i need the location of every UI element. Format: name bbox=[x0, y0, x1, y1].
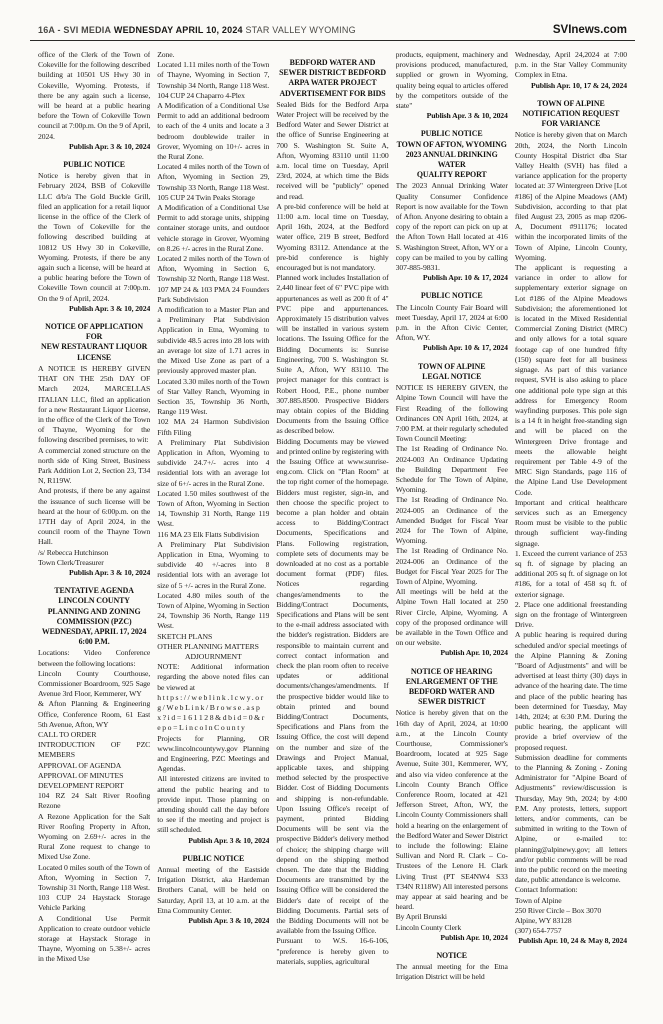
notice-heading: TOWN OF ALPINE NOTIFICATION REQUEST FOR … bbox=[515, 99, 627, 130]
notice-paragraph: And protests, if there be any against th… bbox=[38, 486, 150, 547]
notice-paragraph: A NOTICE IS HEREBY GIVEN THAT ON THE 25t… bbox=[38, 364, 150, 446]
notice-heading: TOWN OF ALPINE LEGAL NOTICE bbox=[396, 362, 508, 382]
notice-paragraph: Wednesday, April 24,2024 at 7:00 p.m. in… bbox=[515, 50, 627, 81]
notice-paragraph: The 2023 Annual Drinking Water Quality C… bbox=[396, 181, 508, 273]
notice-paragraph: 104 RZ 24 Salt River Roofing Rezone bbox=[38, 791, 150, 811]
notice-paragraph: The 1st Reading of Ordinance No. 2024-00… bbox=[396, 444, 508, 495]
notice-heading: PUBLIC NOTICE TOWN OF AFTON, WYOMING 202… bbox=[396, 129, 508, 180]
notice-paragraph: Projects for Planning, OR www.lincolncou… bbox=[157, 734, 269, 775]
column-1: office of the Clerk of the Town of Cokev… bbox=[38, 50, 150, 1018]
notice-heading: NOTICE OF HEARING ENLARGEMENT OF THE BED… bbox=[396, 667, 508, 708]
notice-paragraph: 104 CUP 24 Chaparro 4-Plex bbox=[157, 91, 269, 101]
notice-paragraph: APPROVAL OF AGENDA bbox=[38, 761, 150, 771]
notice-paragraph: Town of Alpine bbox=[515, 896, 627, 906]
notice-paragraph: Lincoln County Courthouse, Commissioner … bbox=[38, 669, 150, 700]
notice-paragraph: 105 CUP 24 Twin Peaks Storage bbox=[157, 193, 269, 203]
notice-paragraph: Important and critical healthcare servic… bbox=[515, 498, 627, 549]
publish-line: Publish Apr. 3 & 10, 2024 bbox=[157, 836, 269, 846]
notice-paragraph: 250 River Circle – Box 3070 bbox=[515, 906, 627, 916]
page-number-label: 16A - SVI MEDIA bbox=[38, 25, 111, 35]
notice-heading: PUBLIC NOTICE bbox=[157, 854, 269, 864]
notice-paragraph: Located 4.80 miles south of the Town of … bbox=[157, 591, 269, 632]
notice-paragraph: Town Clerk/Treasurer bbox=[38, 558, 150, 568]
notice-paragraph: office of the Clerk of the Town of Cokev… bbox=[38, 50, 150, 142]
notice-paragraph: All meetings will be held at the Alpine … bbox=[396, 587, 508, 648]
notice-paragraph: A Modification of a Conditional Use Perm… bbox=[157, 101, 269, 162]
notice-heading: BEDFORD WATER AND SEWER DISTRICT BEDFORD… bbox=[276, 58, 388, 99]
notice-paragraph: products, equipment, machinery and provi… bbox=[396, 50, 508, 111]
notice-paragraph: A pre-bid conference will be held at 11:… bbox=[276, 202, 388, 273]
notice-paragraph: A Modification of a Conditional Use Perm… bbox=[157, 203, 269, 254]
notice-paragraph: SKETCH PLANS bbox=[157, 632, 269, 642]
issue-date: WEDNESDAY APRIL 10, 2024 bbox=[114, 25, 243, 35]
notice-paragraph: Notice is hereby given that on March 20t… bbox=[515, 130, 627, 263]
column-5: Wednesday, April 24,2024 at 7:00 p.m. in… bbox=[515, 50, 627, 1018]
notice-paragraph: Locations: Video Conference between the … bbox=[38, 648, 150, 668]
notice-paragraph: The 1st Reading of Ordinance No. 2024-00… bbox=[396, 495, 508, 546]
notice-paragraph: The 1st Reading of Ordinance No. 2024-00… bbox=[396, 546, 508, 587]
notice-paragraph: A Rezone Application for the Salt River … bbox=[38, 812, 150, 863]
notice-paragraph: OTHER PLANNING MATTERS bbox=[157, 642, 269, 652]
publish-line: Publish Apr. 3 & 10, 2024 bbox=[38, 304, 150, 314]
publish-line: Publish Apr. 10, 2024 bbox=[396, 648, 508, 658]
notice-paragraph: The Lincoln County Fair Board will meet … bbox=[396, 303, 508, 344]
notice-heading: PUBLIC NOTICE bbox=[38, 160, 150, 170]
publish-line: Publish Apr. 3 & 10, 2024 bbox=[38, 142, 150, 152]
legal-notices-columns: office of the Clerk of the Town of Cokev… bbox=[30, 50, 635, 1018]
notice-paragraph: A Preliminary Plat Subdivision Applicati… bbox=[157, 438, 269, 489]
notice-paragraph: A commercial zoned structure on the nort… bbox=[38, 446, 150, 487]
notice-paragraph: Located 1.11 miles north of the Town of … bbox=[157, 60, 269, 91]
notice-paragraph: Zone. bbox=[157, 50, 269, 60]
masthead: 16A - SVI MEDIA WEDNESDAY APRIL 10, 2024… bbox=[30, 24, 635, 41]
notice-paragraph: Planned work includes Installation of 2,… bbox=[276, 273, 388, 436]
publish-line: Publish Apr. 3 & 10, 2024 bbox=[396, 111, 508, 121]
masthead-left: 16A - SVI MEDIA WEDNESDAY APRIL 10, 2024… bbox=[38, 25, 356, 35]
notice-paragraph: All interested citizens are invited to a… bbox=[157, 774, 269, 835]
notice-paragraph: (307) 654-7757 bbox=[515, 926, 627, 936]
notice-paragraph: Located 2 miles north of the Town of Aft… bbox=[157, 254, 269, 285]
notice-paragraph: Notice is hereby given that on the 16th … bbox=[396, 708, 508, 912]
publish-line: Publish Apr. 10, 2024 bbox=[396, 933, 508, 943]
notice-paragraph: 103 CUP 24 Haystack Storage Vehicle Park… bbox=[38, 893, 150, 913]
publish-line: Publish Apr. 3 & 10, 2024 bbox=[157, 916, 269, 926]
publish-line: Publish Apr. 3 & 10, 2024 bbox=[38, 568, 150, 578]
notice-paragraph: /s/ Rebecca Hutchinson bbox=[38, 548, 150, 558]
column-2: Zone.Located 1.11 miles north of the Tow… bbox=[157, 50, 269, 1018]
notice-heading: PUBLIC NOTICE bbox=[396, 291, 508, 301]
notice-paragraph: APPROVAL OF MINUTES bbox=[38, 771, 150, 781]
notice-paragraph: 102 MA 24 Harmon Subdivision Fifth Filin… bbox=[157, 417, 269, 437]
notice-paragraph: A modification to a Master Plan and a Pr… bbox=[157, 305, 269, 376]
notice-paragraph: A Preliminary Plat Subdivision Applicati… bbox=[157, 540, 269, 591]
notice-paragraph: Located 1.50 miles southwest of the Town… bbox=[157, 489, 269, 530]
notice-paragraph: Alpine, WY 83128 bbox=[515, 916, 627, 926]
notice-paragraph: DEVELOPMENT REPORT bbox=[38, 781, 150, 791]
notice-paragraph: Sealed Bids for the Bedford Arpa Water P… bbox=[276, 100, 388, 202]
notice-url: https://weblink.lcwy.org/WebLink/Browse.… bbox=[157, 693, 269, 734]
website-label: SVInews.com bbox=[553, 24, 627, 36]
newspaper-page: 16A - SVI MEDIA WEDNESDAY APRIL 10, 2024… bbox=[0, 0, 663, 1024]
notice-paragraph: Lincoln County Clerk bbox=[396, 923, 508, 933]
notice-paragraph: The applicant is requesting a variance i… bbox=[515, 263, 627, 498]
publish-line: Publish Apr. 10 & 17, 2024 bbox=[396, 273, 508, 283]
notice-paragraph: Located 4 miles north of the Town of Aft… bbox=[157, 162, 269, 193]
notice-heading: NOTICE bbox=[396, 951, 508, 961]
notice-paragraph: Notice is hereby given that in February … bbox=[38, 171, 150, 304]
notice-heading: NOTICE OF APPLICATION FOR NEW RESTAURANT… bbox=[38, 322, 150, 363]
notice-paragraph: 116 MA 23 Elk Flatts Subdivision bbox=[157, 530, 269, 540]
notice-paragraph: Located 3.30 miles north of the Town of … bbox=[157, 377, 269, 418]
region-label: STAR VALLEY WYOMING bbox=[245, 25, 355, 35]
notice-paragraph: NOTICE IS HEREBY GIVEN, the Alpine Town … bbox=[396, 383, 508, 444]
notice-paragraph: The annual meeting for the Etna Irrigati… bbox=[396, 962, 508, 982]
notice-paragraph: 2. Place one additional freestanding sig… bbox=[515, 600, 627, 631]
publish-line: Publish Apr. 10 & 17, 2024 bbox=[396, 343, 508, 353]
notice-paragraph: Submission deadline for comments to the … bbox=[515, 753, 627, 886]
notice-paragraph: 107 MP 24 & 103 PMA 24 Founders Park Sub… bbox=[157, 285, 269, 305]
notice-paragraph: Pursuant to W.S. 16-6-106, "preference i… bbox=[276, 936, 388, 967]
notice-paragraph: A Conditional Use Permit Application to … bbox=[38, 914, 150, 965]
notice-paragraph: 1. Exceed the current variance of 253 sq… bbox=[515, 549, 627, 600]
agenda-adjournment-line: ADJOURNMENT bbox=[157, 652, 269, 662]
notice-paragraph: NOTE: Additional information regarding t… bbox=[157, 662, 269, 693]
column-3: BEDFORD WATER AND SEWER DISTRICT BEDFORD… bbox=[276, 50, 388, 1018]
notice-paragraph: CALL TO ORDER bbox=[38, 730, 150, 740]
notice-paragraph: Contact Information: bbox=[515, 885, 627, 895]
notice-paragraph: Located 0 miles south of the Town of Aft… bbox=[38, 863, 150, 894]
notice-heading: TENTATIVE AGENDA LINCOLN COUNTY PLANNING… bbox=[38, 586, 150, 647]
notice-paragraph: A public hearing is required during sche… bbox=[515, 630, 627, 752]
notice-paragraph: Annual meeting of the Eastside Irrigatio… bbox=[157, 865, 269, 916]
notice-paragraph: Bidding Documents may be viewed and prin… bbox=[276, 437, 388, 937]
notice-paragraph: & Afton Planning & Engineering Office, C… bbox=[38, 699, 150, 730]
column-4: products, equipment, machinery and provi… bbox=[396, 50, 508, 1018]
notice-paragraph: By April Brunski bbox=[396, 912, 508, 922]
publish-line: Publish Apr. 10, 17 & 24, 2024 bbox=[515, 81, 627, 91]
publish-line: Publish Apr. 10, 24 & May 8, 2024 bbox=[515, 936, 627, 946]
notice-paragraph: INTRODUCTION OF PZC MEMBERS bbox=[38, 740, 150, 760]
